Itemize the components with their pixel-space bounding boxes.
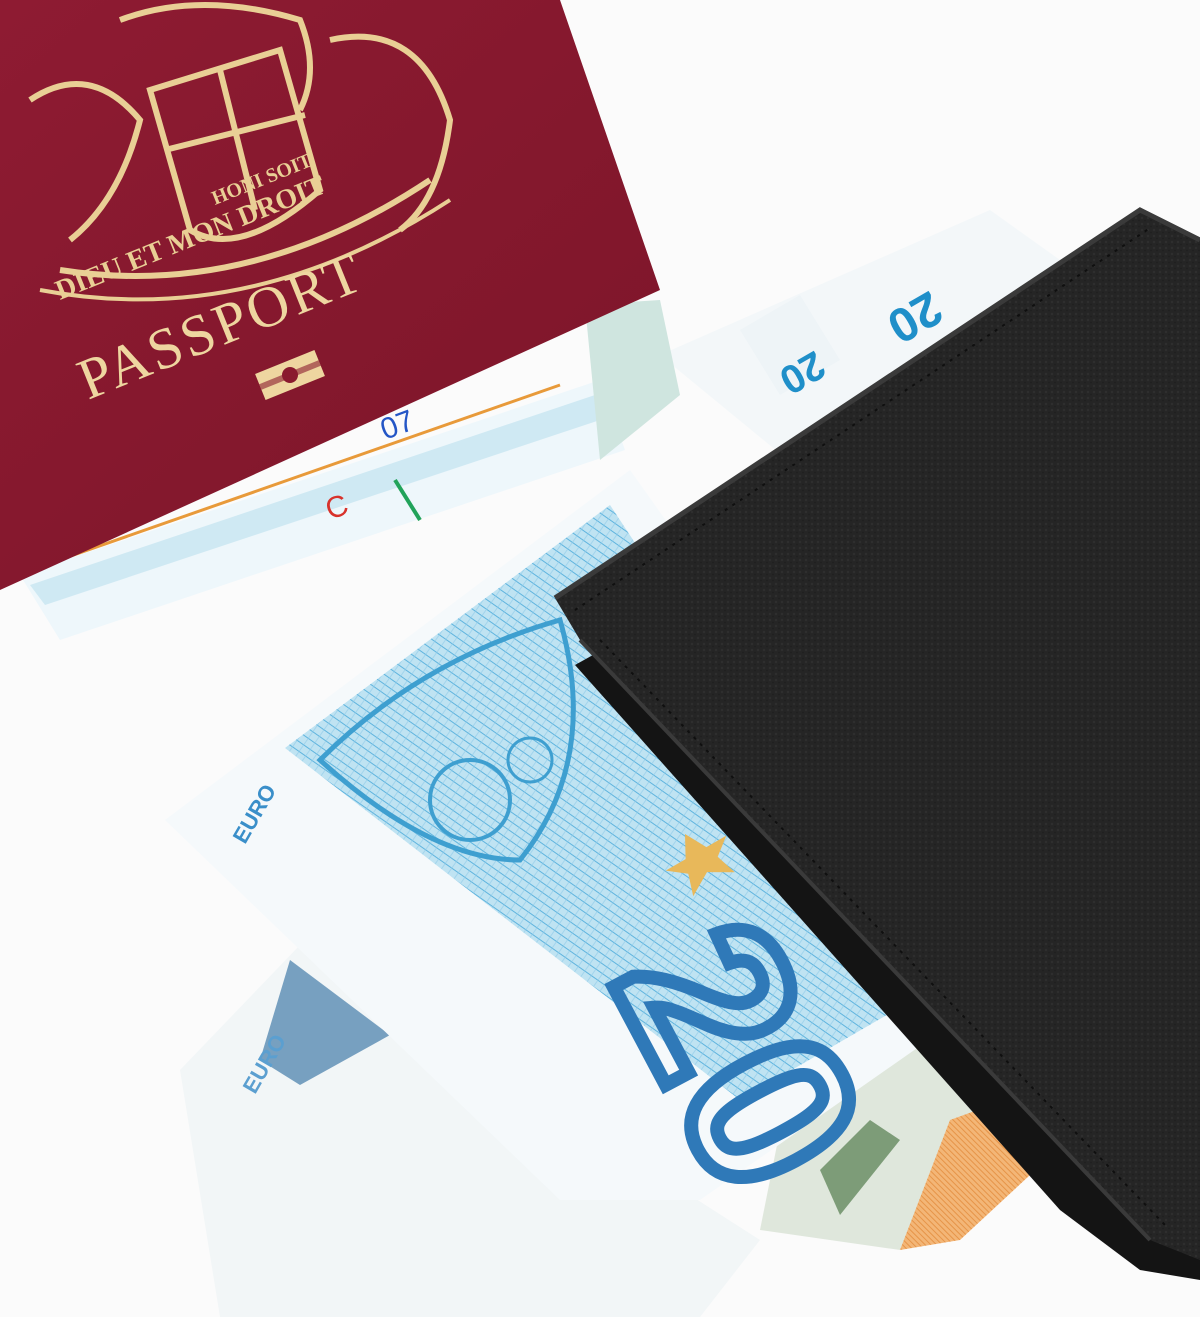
photo-scene: EURO 20 20 EYPΩ 20 EURO 07 C bbox=[0, 0, 1200, 1317]
